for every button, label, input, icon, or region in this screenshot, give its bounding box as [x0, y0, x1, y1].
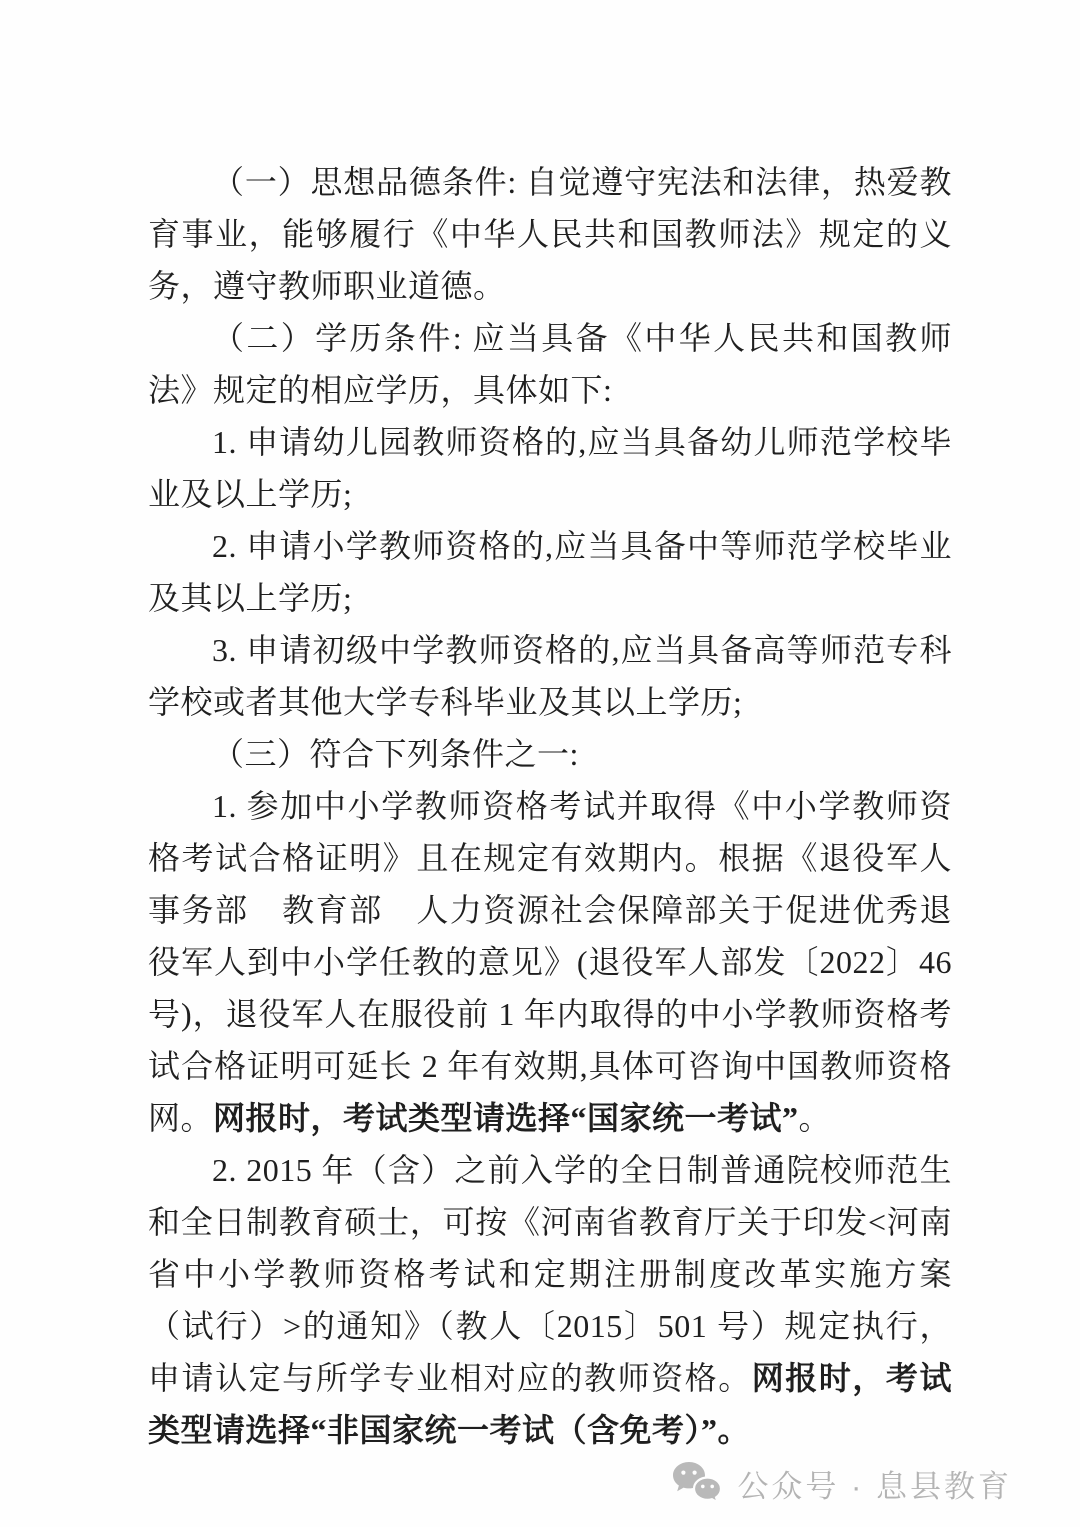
footer-watermark: 公众号 · 息县教育: [671, 1458, 1012, 1508]
paragraph-8: 2. 2015 年（含）之前入学的全日制普通院校师范生和全日制教育硕士，可按《河…: [148, 1144, 952, 1456]
document-body: （一）思想品德条件: 自觉遵守宪法和法律，热爱教育事业，能够履行《中华人民共和国…: [148, 156, 952, 1456]
paragraph-3: 1. 申请幼儿园教师资格的,应当具备幼儿师范学校毕业及以上学历;: [148, 416, 952, 520]
paragraph-7: 1. 参加中小学教师资格考试并取得《中小学教师资格考试合格证明》且在规定有效期内…: [148, 780, 952, 1144]
text-run: 2. 申请小学教师资格的,应当具备中等师范学校毕业及其以上学历;: [148, 528, 952, 616]
paragraph-5: 3. 申请初级中学教师资格的,应当具备高等师范专科学校或者其他大学专科毕业及其以…: [148, 624, 952, 728]
text-run: 1. 申请幼儿园教师资格的,应当具备幼儿师范学校毕业及以上学历;: [148, 424, 952, 512]
paragraph-6: （三）符合下列条件之一:: [148, 728, 952, 780]
watermark-label: 公众号 · 息县教育: [737, 1461, 1012, 1506]
paragraph-4: 2. 申请小学教师资格的,应当具备中等师范学校毕业及其以上学历;: [148, 520, 952, 624]
text-run: （一）思想品德条件: 自觉遵守宪法和法律，热爱教育事业，能够履行《中华人民共和国…: [148, 164, 952, 304]
paragraph-2: （二）学历条件: 应当具备《中华人民共和国教师法》规定的相应学历，具体如下:: [148, 312, 952, 416]
paragraph-1: （一）思想品德条件: 自觉遵守宪法和法律，热爱教育事业，能够履行《中华人民共和国…: [148, 156, 952, 312]
text-run: （二）学历条件: 应当具备《中华人民共和国教师法》规定的相应学历，具体如下:: [148, 320, 952, 408]
bold-text-run: 网报时，考试类型请选择“国家统一考试”: [213, 1100, 799, 1136]
text-run: 3. 申请初级中学教师资格的,应当具备高等师范专科学校或者其他大学专科毕业及其以…: [148, 632, 952, 720]
wechat-icon: [671, 1460, 723, 1506]
text-run: 。: [799, 1100, 832, 1136]
document-page: （一）思想品德条件: 自觉遵守宪法和法律，热爱教育事业，能够履行《中华人民共和国…: [0, 0, 1080, 1527]
text-run: 1. 参加中小学教师资格考试并取得《中小学教师资格考试合格证明》且在规定有效期内…: [148, 788, 952, 1136]
text-run: （三）符合下列条件之一:: [212, 736, 579, 772]
